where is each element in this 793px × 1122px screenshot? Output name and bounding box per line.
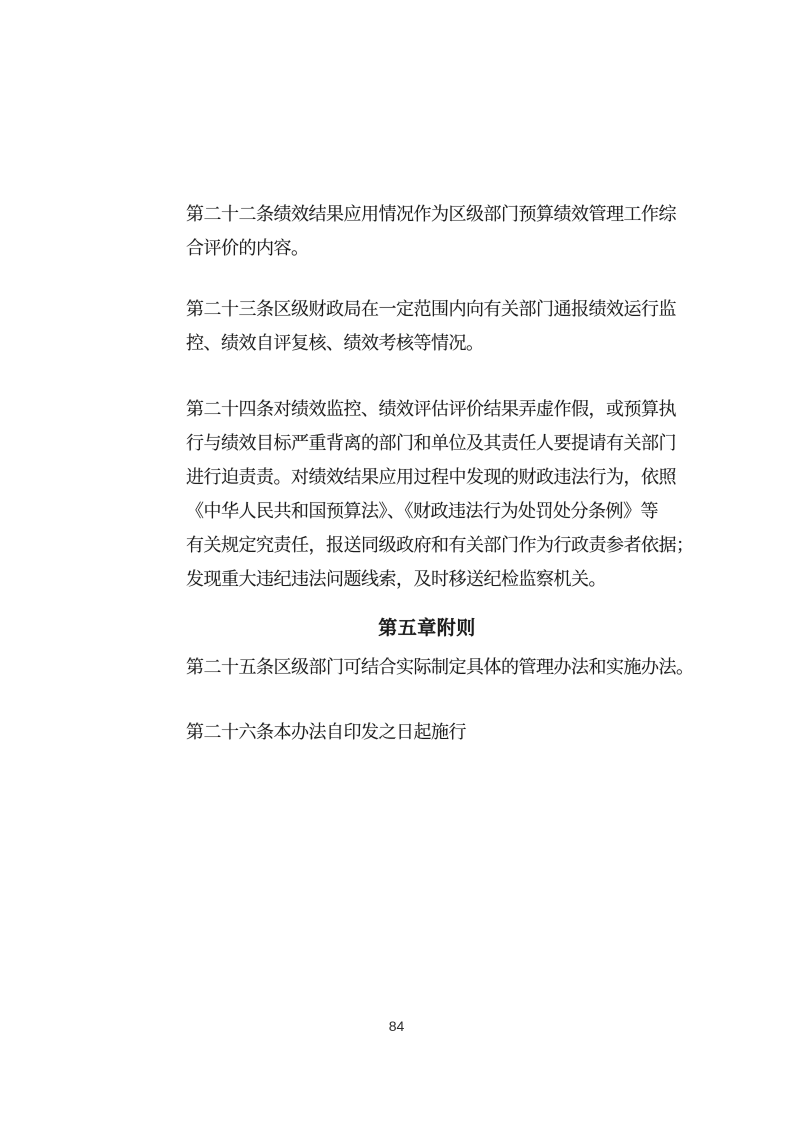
page-number: 84 — [0, 1016, 793, 1036]
paragraph-article-24: 第二十四条对绩效监控、绩效评估评价结果弄虚作假，或预算执 行与绩效目标严重背离的… — [186, 392, 706, 596]
chapter-heading: 第五章附则 — [186, 612, 668, 646]
paragraph-article-23: 第二十三条区级财政局在一定范围内向有关部门通报绩效运行监 控、绩效自评复核、绩效… — [186, 292, 706, 360]
paragraph-article-22: 第二十二条绩效结果应用情况作为区级部门预算绩效管理工作综 合评价的内容。 — [186, 197, 706, 265]
paragraph-article-26: 第二十六条本办法自印发之日起施行 — [186, 715, 706, 749]
document-page: 第二十二条绩效结果应用情况作为区级部门预算绩效管理工作综 合评价的内容。 第二十… — [0, 0, 793, 1122]
paragraph-article-25: 第二十五条区级部门可结合实际制定具体的管理办法和实施办法。 — [186, 650, 706, 684]
